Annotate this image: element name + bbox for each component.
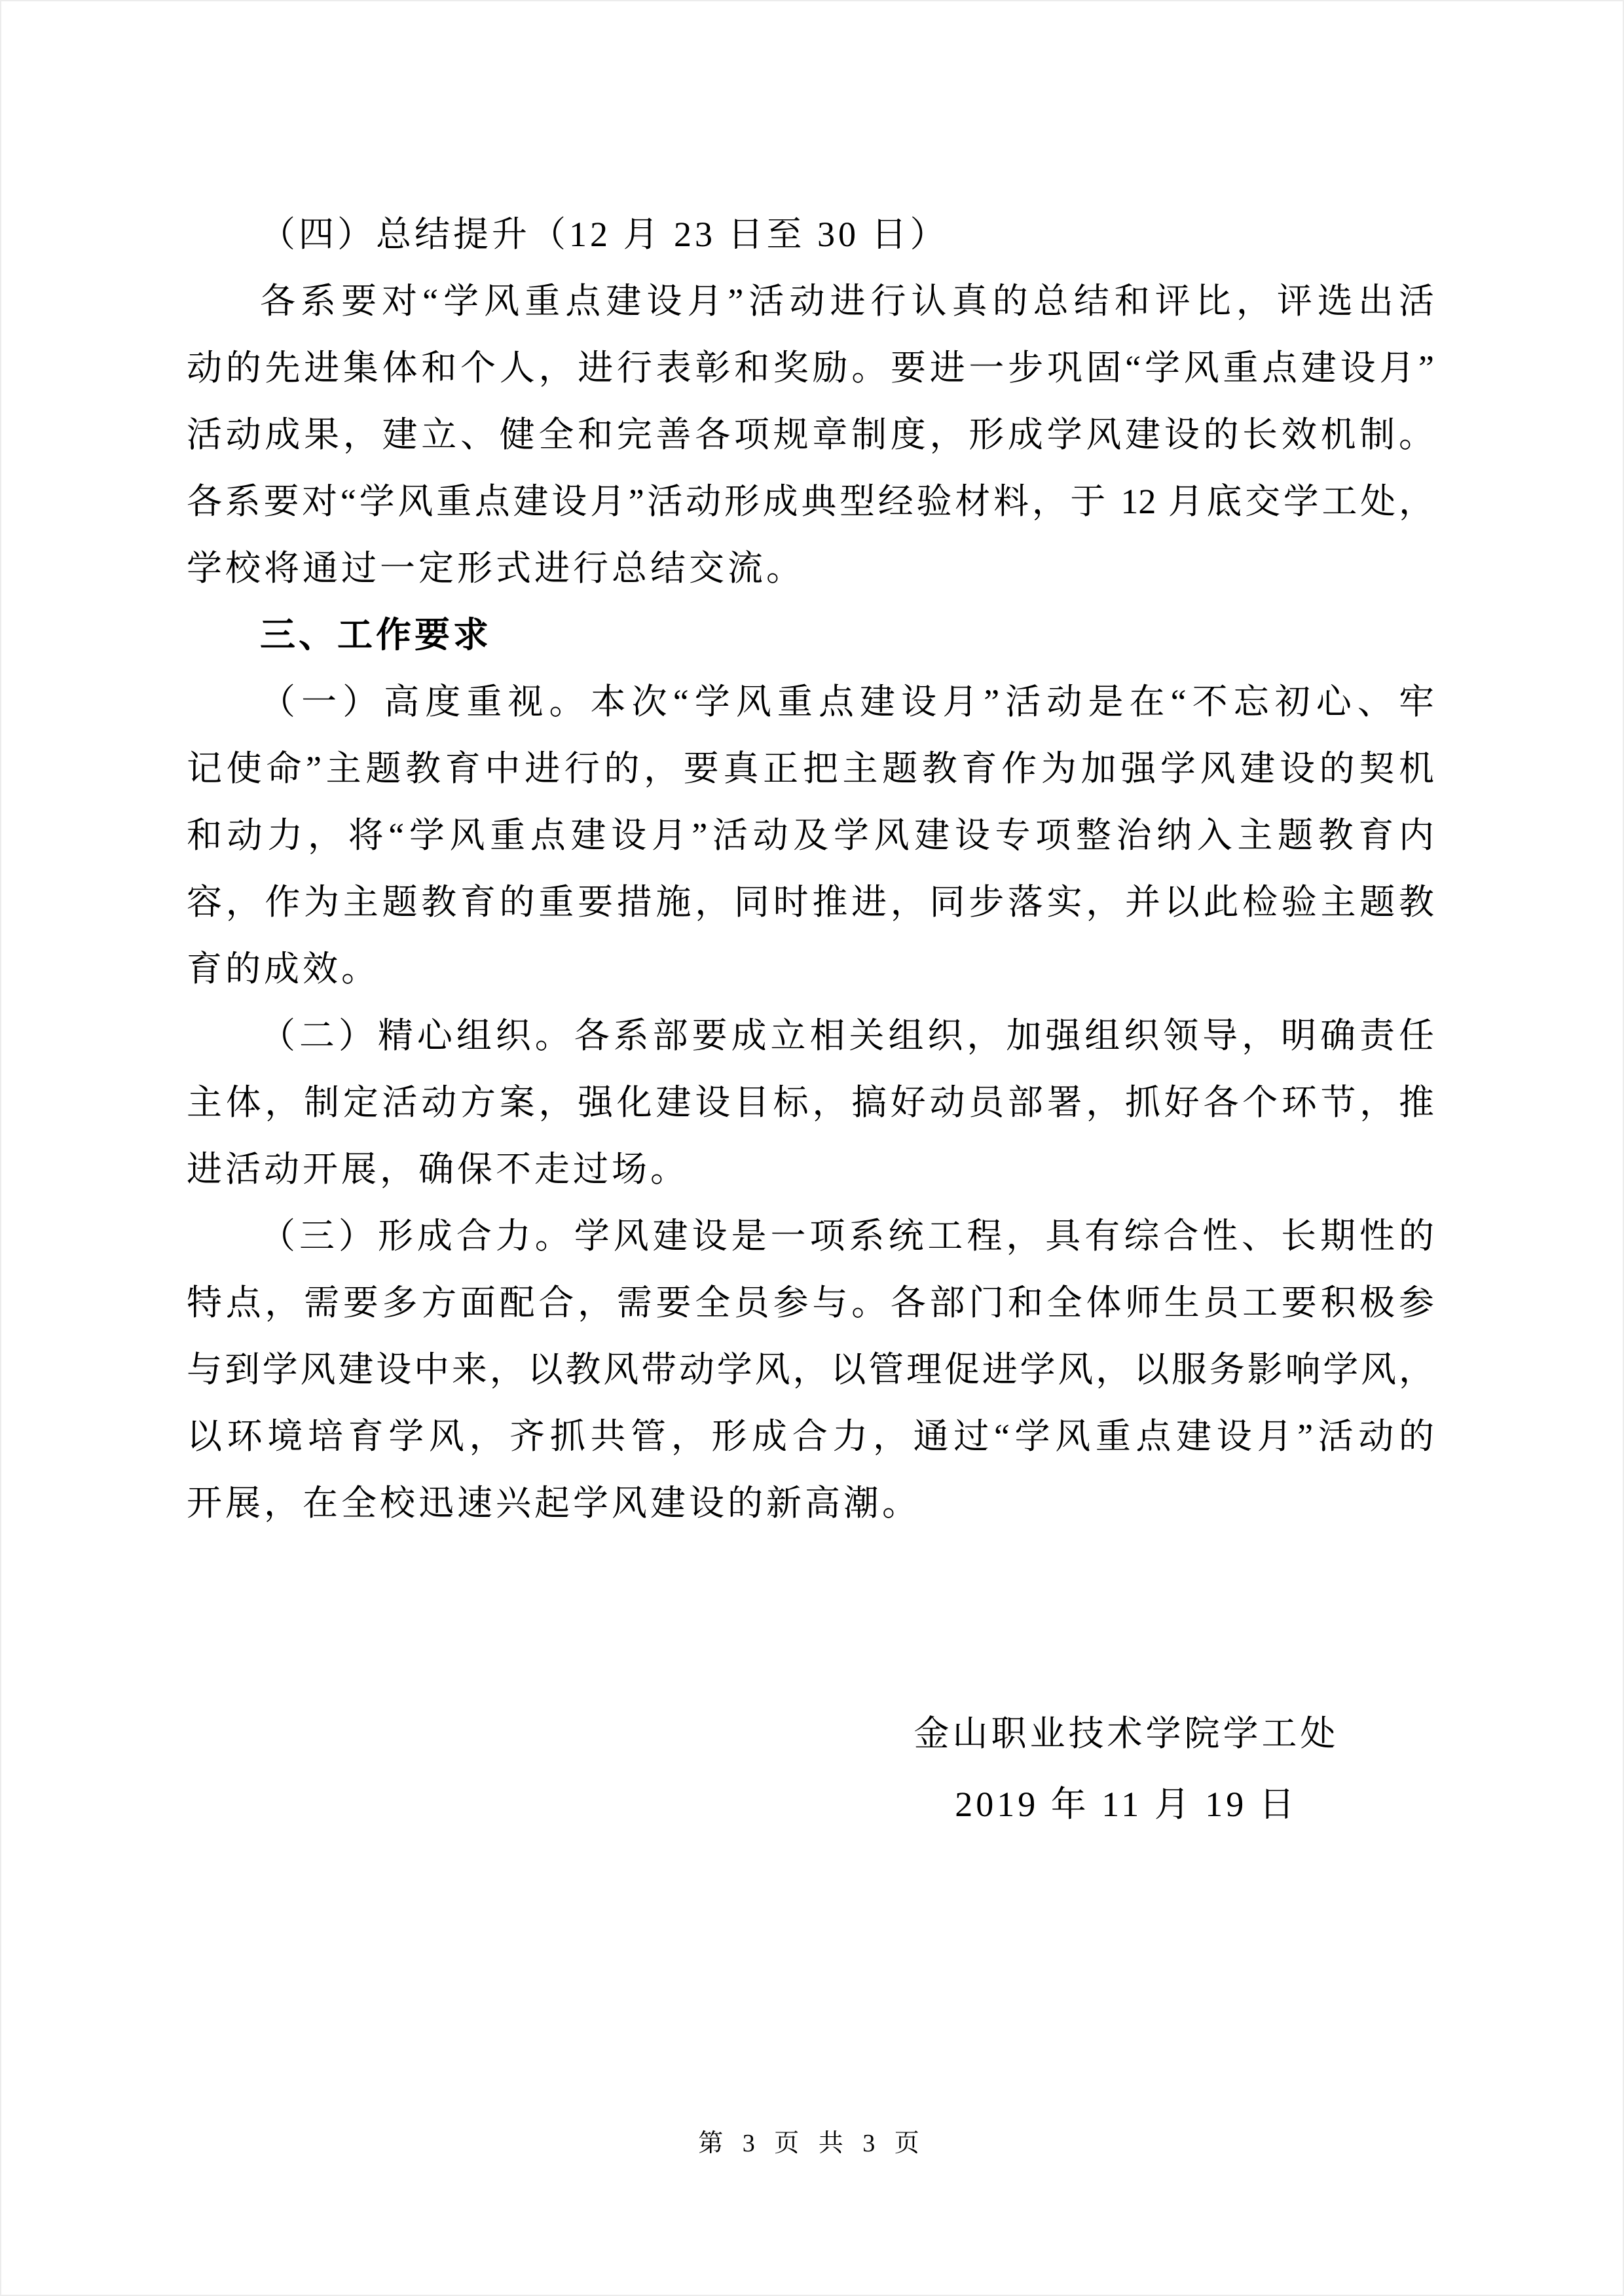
body-line: 与到学风建设中来，以教风带动学风，以管理促进学风，以服务影响学风， — [187, 1336, 1434, 1403]
body-line: 活动成果，建立、健全和完善各项规章制度，形成学风建设的长效机制。 — [187, 401, 1434, 468]
page-footer: 第 3 页 共 3 页 — [0, 2128, 1624, 2159]
page-number-indicator: 第 3 页 共 3 页 — [698, 2130, 926, 2157]
body-line: 各系要对“学风重点建设月”活动形成典型经验材料，于 12 月底交学工处， — [187, 468, 1434, 535]
signature-block: 金山职业技术学院学工处 2019 年 11 月 19 日 — [838, 1698, 1414, 1840]
body-line: 和动力，将“学风重点建设月”活动及学风建设专项整治纳入主题教育内 — [187, 802, 1434, 869]
document-body: （四）总结提升（12 月 23 日至 30 日） 各系要对“学风重点建设月”活动… — [187, 201, 1434, 1537]
body-line: 育的成效。 — [187, 936, 1434, 1002]
body-line: （一）高度重视。本次“学风重点建设月”活动是在“不忘初心、牢 — [187, 668, 1434, 735]
subsection-heading-4: （四）总结提升（12 月 23 日至 30 日） — [187, 201, 1434, 268]
body-line: 学校将通过一定形式进行总结交流。 — [187, 535, 1434, 602]
body-line: （三）形成合力。学风建设是一项系统工程，具有综合性、长期性的 — [187, 1203, 1434, 1269]
body-line: 特点，需要多方面配合，需要全员参与。各部门和全体师生员工要积极参 — [187, 1269, 1434, 1336]
signature-organization: 金山职业技术学院学工处 — [838, 1698, 1414, 1769]
body-line: 容，作为主题教育的重要措施，同时推进，同步落实，并以此检验主题教 — [187, 869, 1434, 936]
body-line: （二）精心组织。各系部要成立相关组织，加强组织领导，明确责任 — [187, 1002, 1434, 1069]
document-page: { "page": { "background": "#ffffff", "te… — [0, 0, 1624, 2296]
body-line: 开展，在全校迅速兴起学风建设的新高潮。 — [187, 1470, 1434, 1537]
body-line: 各系要对“学风重点建设月”活动进行认真的总结和评比，评选出活 — [187, 268, 1434, 335]
body-line: 以环境培育学风，齐抓共管，形成合力，通过“学风重点建设月”活动的 — [187, 1403, 1434, 1470]
body-line: 记使命”主题教育中进行的，要真正把主题教育作为加强学风建设的契机 — [187, 735, 1434, 802]
body-line: 进活动开展，确保不走过场。 — [187, 1136, 1434, 1203]
section-heading-work-requirements: 三、工作要求 — [187, 602, 1434, 668]
body-line: 主体，制定活动方案，强化建设目标，搞好动员部署，抓好各个环节，推 — [187, 1069, 1434, 1136]
signature-date: 2019 年 11 月 19 日 — [838, 1769, 1414, 1840]
body-line: 动的先进集体和个人，进行表彰和奖励。要进一步巩固“学风重点建设月” — [187, 335, 1434, 401]
